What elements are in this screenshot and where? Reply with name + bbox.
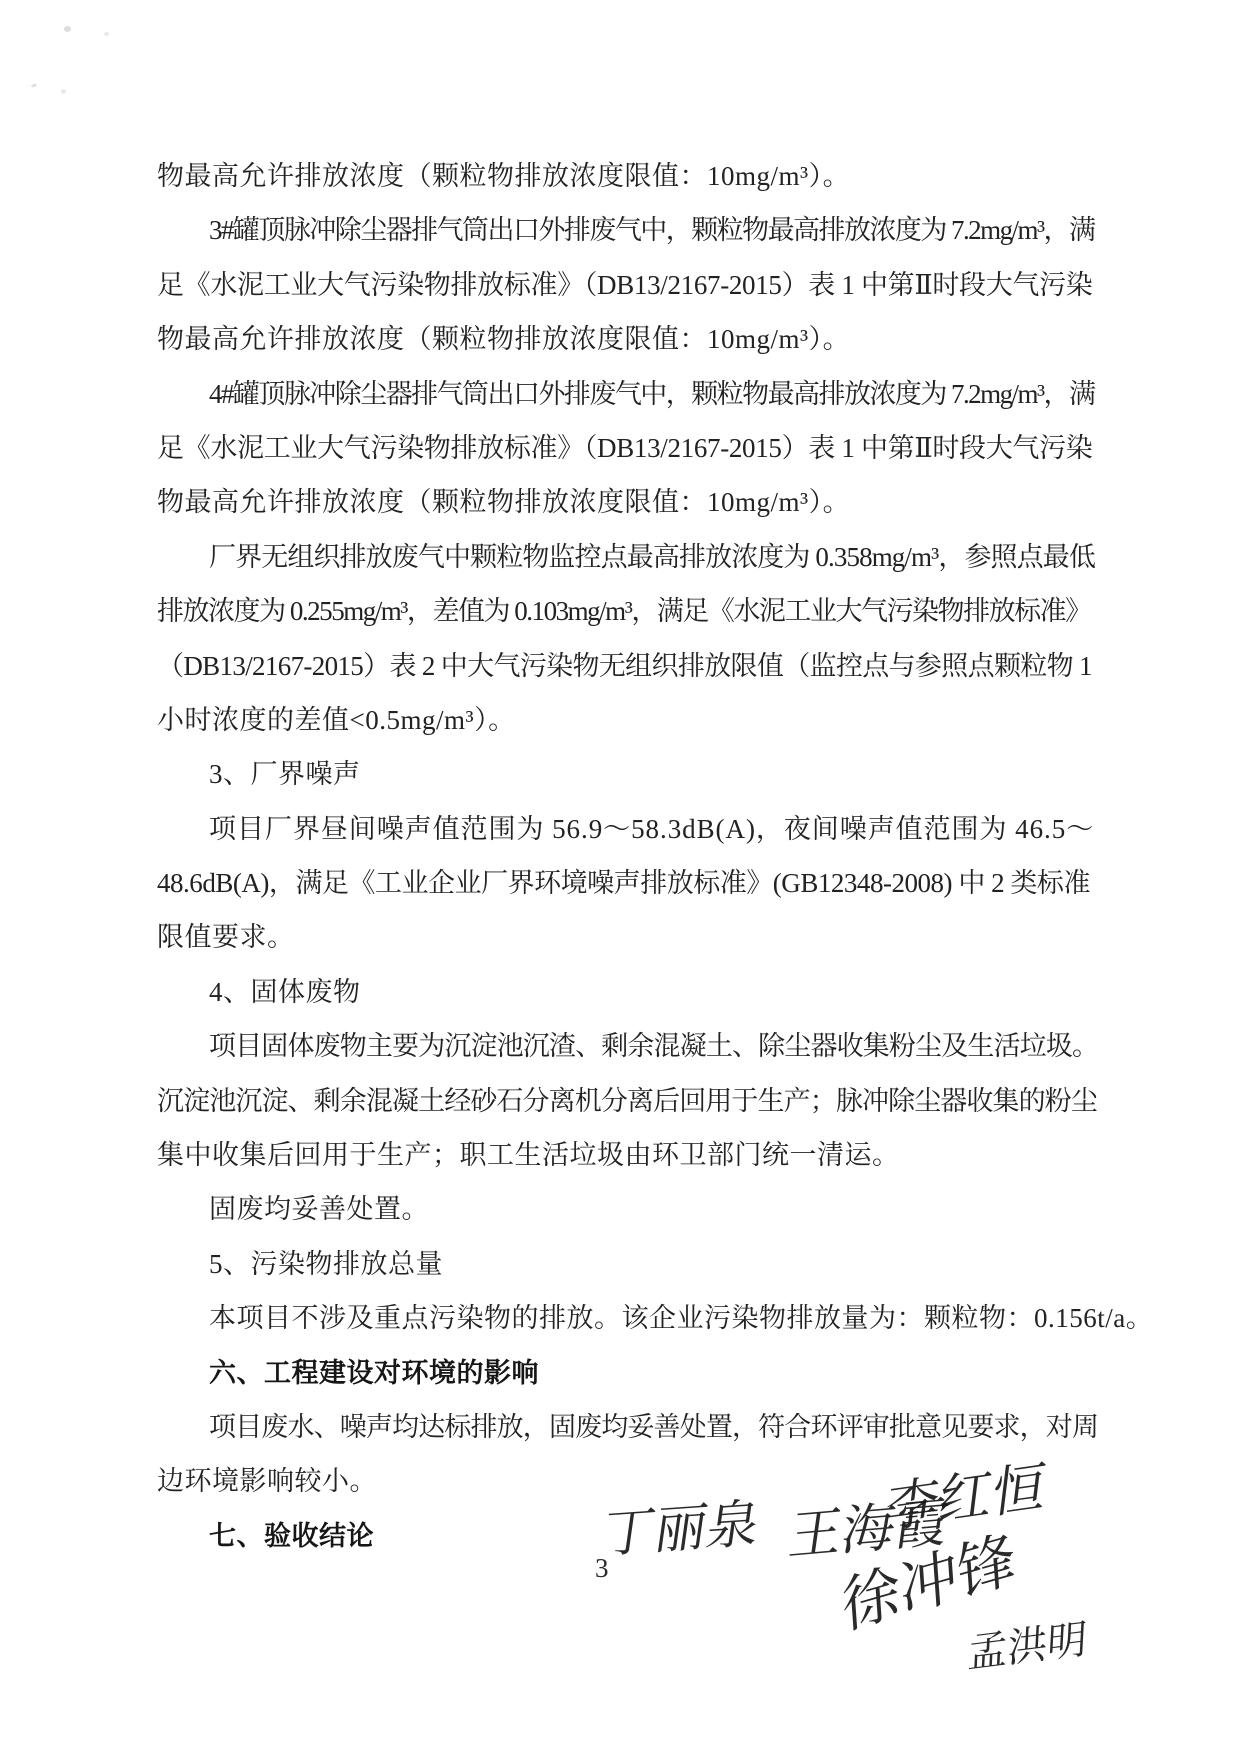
text-line: 48.6dB(A)，满足《工业企业厂界环境噪声排放标准》(GB12348-200…	[157, 856, 1115, 910]
text-line: 物最高允许排放浓度（颗粒物排放浓度限值：10mg/m³）。	[157, 149, 1115, 203]
text-line: 限值要求。	[157, 910, 1115, 964]
text-line: 足《水泥工业大气污染物排放标准》（DB13/2167-2015）表 1 中第Ⅱ时…	[157, 421, 1115, 475]
text-line: 物最高允许排放浓度（颗粒物排放浓度限值：10mg/m³）。	[157, 312, 1115, 366]
signature-handwriting: 丁丽泉	[599, 1481, 765, 1568]
text-line: 本项目不涉及重点污染物的排放。该企业污染物排放量为：颗粒物：0.156t/a。	[157, 1291, 1115, 1345]
text-line: 排放浓度为 0.255mg/m³，差值为 0.103mg/m³，满足《水泥工业大…	[157, 584, 1115, 638]
scan-speck	[64, 26, 71, 32]
text-line: （DB13/2167-2015）表 2 中大气污染物无组织排放限值（监控点与参照…	[157, 639, 1115, 693]
text-line: 4、固体废物	[157, 965, 1115, 1019]
text-line: 项目固体废物主要为沉淀池沉渣、剩余混凝土、除尘器收集粉尘及生活垃圾。	[157, 1019, 1115, 1073]
text-line: 项目厂界昼间噪声值范围为 56.9～58.3dB(A)，夜间噪声值范围为 46.…	[157, 802, 1115, 856]
text-line: 厂界无组织排放废气中颗粒物监控点最高排放浓度为 0.358mg/m³，参照点最低	[157, 530, 1115, 584]
text-line: 沉淀池沉淀、剩余混凝土经砂石分离机分离后回用于生产；脉冲除尘器收集的粉尘	[157, 1074, 1115, 1128]
scan-speck	[31, 83, 38, 88]
text-line: 3、厂界噪声	[157, 747, 1115, 801]
text-line: 六、工程建设对环境的影响	[157, 1346, 1115, 1400]
text-line: 3#罐顶脉冲除尘器排气筒出口外排废气中，颗粒物最高排放浓度为 7.2mg/m³，…	[157, 203, 1115, 257]
text-line: 小时浓度的差值<0.5mg/m³）。	[157, 693, 1115, 747]
scan-speck	[104, 32, 109, 36]
text-line: 项目废水、噪声均达标排放，固废均妥善处置，符合环评审批意见要求，对周	[157, 1400, 1115, 1454]
text-line: 物最高允许排放浓度（颗粒物排放浓度限值：10mg/m³）。	[157, 475, 1115, 529]
scanned-document-page: 物最高允许排放浓度（颗粒物排放浓度限值：10mg/m³）。3#罐顶脉冲除尘器排气…	[0, 0, 1240, 1754]
scan-speck	[61, 89, 66, 94]
text-line: 5、污染物排放总量	[157, 1237, 1115, 1291]
text-line: 集中收集后回用于生产；职工生活垃圾由环卫部门统一清运。	[157, 1128, 1115, 1182]
text-line: 固废均妥善处置。	[157, 1182, 1115, 1236]
text-line: 足《水泥工业大气污染物排放标准》（DB13/2167-2015）表 1 中第Ⅱ时…	[157, 258, 1115, 312]
signature-handwriting: 孟洪明	[966, 1607, 1088, 1679]
document-body: 物最高允许排放浓度（颗粒物排放浓度限值：10mg/m³）。3#罐顶脉冲除尘器排气…	[157, 149, 1115, 1563]
text-line: 4#罐顶脉冲除尘器排气筒出口外排废气中，颗粒物最高排放浓度为 7.2mg/m³，…	[157, 367, 1115, 421]
